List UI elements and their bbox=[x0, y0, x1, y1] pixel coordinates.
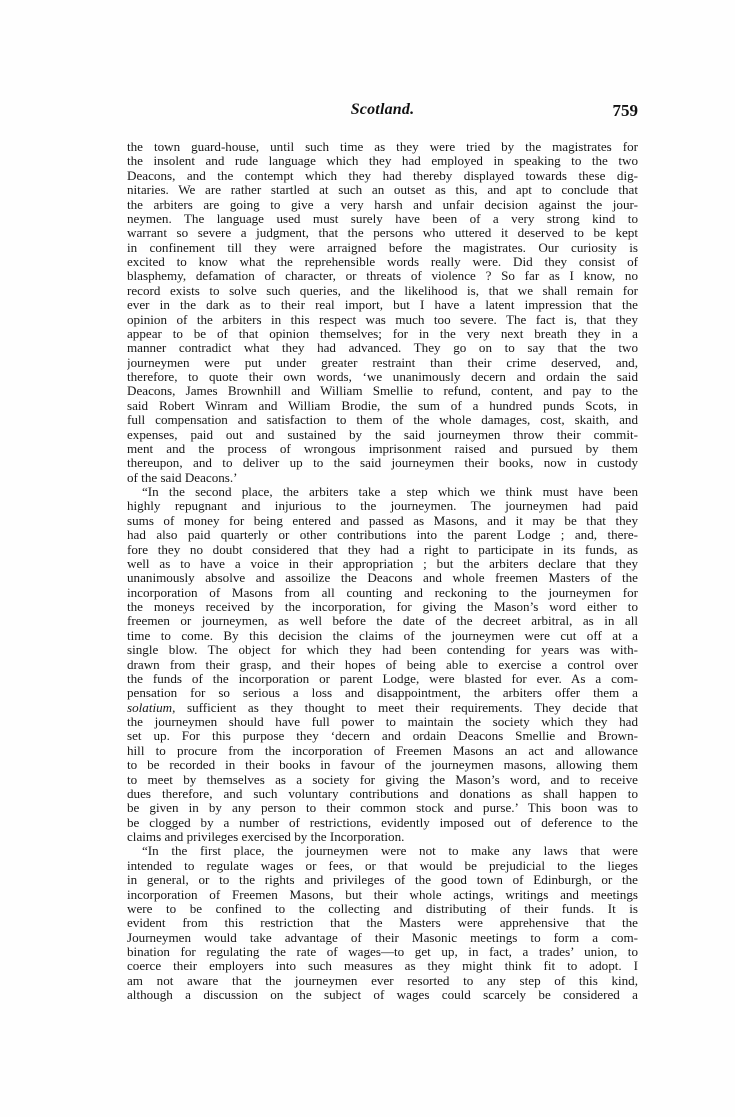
text-line: “In the second place, the arbiters take … bbox=[127, 485, 638, 499]
text-line: fore they no doubt considered that they … bbox=[127, 543, 638, 557]
body-text: the town guard-house, until such time as… bbox=[127, 140, 638, 1003]
running-title: Scotland. bbox=[127, 101, 638, 119]
text-line: evident from this restriction that the M… bbox=[127, 916, 638, 930]
text-line: “In the first place, the journeymen were… bbox=[127, 844, 638, 858]
text-line: nitaries. We are rather startled at such… bbox=[127, 183, 638, 197]
text-line: the funds of the incorporation or parent… bbox=[127, 672, 638, 686]
text-line: the arbiters are going to give a very ha… bbox=[127, 198, 638, 212]
text-line: Journeymen would take advantage of their… bbox=[127, 931, 638, 945]
text-line: sums of money for being entered and pass… bbox=[127, 514, 638, 528]
text-line: expenses, paid out and sustained by the … bbox=[127, 428, 638, 442]
text-line: excited to know what the reprehensible w… bbox=[127, 255, 638, 269]
text-line: ever in the dark as to their real import… bbox=[127, 298, 638, 312]
text-line: solatium, sufficient as they thought to … bbox=[127, 701, 638, 715]
text-line: be clogged by a number of restrictions, … bbox=[127, 816, 638, 830]
page-number: 759 bbox=[613, 101, 639, 121]
text-line: ment and the process of wrongous impriso… bbox=[127, 442, 638, 456]
text-line: warrant so severe a judgment, that the p… bbox=[127, 226, 638, 240]
text-line: to be recorded in their books in favour … bbox=[127, 758, 638, 772]
text-line: appear to be of that opinion themselves;… bbox=[127, 327, 638, 341]
text-line: be given in by any person to their commo… bbox=[127, 801, 638, 815]
text-line: record exists to solve such queries, and… bbox=[127, 284, 638, 298]
text-line: Deacons, and the contempt which they had… bbox=[127, 169, 638, 183]
text-line: blasphemy, defamation of character, or t… bbox=[127, 269, 638, 283]
text-line: neymen. The language used must surely ha… bbox=[127, 212, 638, 226]
text-line: freemen or journeymen, as well before th… bbox=[127, 614, 638, 628]
text-line: journeymen were put under greater restra… bbox=[127, 356, 638, 370]
text-line: had also paid quarterly or other contrib… bbox=[127, 528, 638, 542]
text-line: the town guard-house, until such time as… bbox=[127, 140, 638, 154]
text-line: unanimously absolve and assoilize the De… bbox=[127, 571, 638, 585]
text-line: coerce their employers into such measure… bbox=[127, 959, 638, 973]
text-line: incorporation of Masons from all countin… bbox=[127, 586, 638, 600]
text-line: thereupon, and to deliver up to the said… bbox=[127, 456, 638, 470]
text-line: set up. For this purpose they ‘decern an… bbox=[127, 729, 638, 743]
text-line: therefore, to quote their own words, ‘we… bbox=[127, 370, 638, 384]
text-line: although a discussion on the subject of … bbox=[127, 988, 638, 1002]
text-line: to meet by themselves as a society for g… bbox=[127, 773, 638, 787]
text-line: were to be confined to the collecting an… bbox=[127, 902, 638, 916]
text-line: in general, or to the rights and privile… bbox=[127, 873, 638, 887]
text-line: Deacons, James Brownhill and William Sme… bbox=[127, 384, 638, 398]
text-line: in confinement till they were arraigned … bbox=[127, 241, 638, 255]
text-line: dues therefore, and such voluntary contr… bbox=[127, 787, 638, 801]
text-line: am not aware that the journeymen ever re… bbox=[127, 974, 638, 988]
text-line: the moneys received by the incorporation… bbox=[127, 600, 638, 614]
text-line: manner contradict what they had advanced… bbox=[127, 341, 638, 355]
text-line: drawn from their grasp, and their hopes … bbox=[127, 658, 638, 672]
text-line: said Robert Winram and William Brodie, t… bbox=[127, 399, 638, 413]
text-line: pensation for so serious a loss and disa… bbox=[127, 686, 638, 700]
text-line: incorporation of Freemen Masons, but the… bbox=[127, 888, 638, 902]
italic-term: solatium bbox=[127, 701, 172, 715]
text-line: full compensation and satisfaction to th… bbox=[127, 413, 638, 427]
running-head: Scotland. 759 bbox=[127, 101, 638, 121]
book-page: Scotland. 759 the town guard-house, unti… bbox=[0, 0, 735, 1117]
text-line: intended to regulate wages or fees, or t… bbox=[127, 859, 638, 873]
text-line: well as to have a voice in their appropr… bbox=[127, 557, 638, 571]
text-line: single blow. The object for which they h… bbox=[127, 643, 638, 657]
text-line: of the said Deacons.’ bbox=[127, 471, 638, 485]
text-line: time to come. By this decision the claim… bbox=[127, 629, 638, 643]
text-line: the insolent and rude language which the… bbox=[127, 154, 638, 168]
text-line: the journeymen should have full power to… bbox=[127, 715, 638, 729]
text-line: claims and privileges exercised by the I… bbox=[127, 830, 638, 844]
text-line: opinion of the arbiters in this respect … bbox=[127, 313, 638, 327]
text-line: highly repugnant and injurious to the jo… bbox=[127, 499, 638, 513]
text-line: bination for regulating the rate of wage… bbox=[127, 945, 638, 959]
text-line: hill to procure from the incorporation o… bbox=[127, 744, 638, 758]
